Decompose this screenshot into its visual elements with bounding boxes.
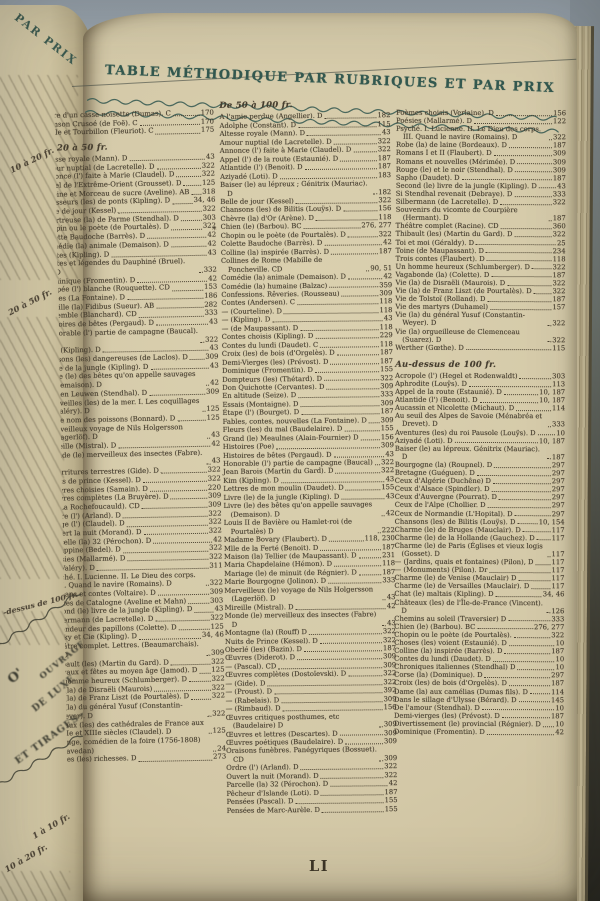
dot-leader (519, 378, 551, 379)
dot-leader (316, 219, 378, 221)
entry-list: Altesse royale (Mann). D 43 Amour nuptia… (55, 152, 227, 764)
dot-leader (208, 716, 212, 717)
dot-leader (161, 472, 207, 474)
catalog-entry: Merveilles (les) de la mer. I. Les coqui… (55, 396, 220, 417)
blurred-text-block (0, 317, 64, 579)
catalog-entry: Merveilleux (le) voyage de Nils Holgerss… (224, 585, 395, 604)
entry-title: Chien (le) (Barbou). BC (394, 623, 475, 631)
entry-page-ref: 311 (209, 561, 222, 570)
dot-leader (496, 596, 542, 597)
catalog-entry: …ville et Tourbillon (Fleuriot). C 175 (55, 126, 214, 138)
entry-page-ref: 42 (213, 535, 222, 544)
dot-leader (500, 204, 552, 205)
entry-page-ref: 333 (382, 576, 395, 585)
entry-page-ref: 42 (210, 379, 219, 388)
entry-page-ref: 333 (553, 190, 566, 198)
entry-page-ref: 187 (378, 162, 391, 171)
entry-page-ref: 155 (381, 424, 394, 433)
entry-page-ref: 42 (207, 239, 216, 248)
page-number: LI (84, 858, 554, 875)
entry-page-ref: 309 (380, 382, 393, 391)
margin-star-mark: * (212, 226, 217, 236)
entry-page-ref: 42 (383, 238, 392, 247)
dot-leader (530, 693, 550, 694)
left-page-section-20-50: 20 à 50 fr. (6, 287, 53, 318)
dot-leader (477, 628, 533, 629)
dot-leader (361, 439, 380, 440)
dot-leader (346, 490, 381, 491)
dot-leader (487, 260, 552, 261)
entry-page-ref: 125 (211, 666, 224, 675)
entry-title: Baiser (le) au lépreux ; Génitrix (Mauri… (220, 179, 371, 197)
dot-leader (206, 585, 209, 586)
dot-leader (304, 228, 361, 230)
catalog-entry: Monde (le) merveilleux des insectes (Fab… (55, 448, 221, 469)
dot-leader (297, 659, 382, 661)
dot-leader (348, 676, 382, 677)
dot-leader (188, 603, 209, 604)
entry-page-ref: 125 (212, 727, 225, 736)
dot-leader (494, 467, 551, 468)
dot-leader (519, 701, 550, 702)
dot-leader (509, 645, 555, 646)
dot-leader (366, 270, 370, 271)
entry-title: Merveilles (les) de la mer. I. Les coqui… (55, 396, 200, 416)
catalog-entry: Monde (le) merveilleux des insectes (Fab… (225, 610, 396, 629)
entry-page-ref: 322 (208, 474, 221, 483)
dot-leader (537, 540, 551, 541)
dot-leader (517, 523, 537, 524)
dot-leader (297, 304, 378, 306)
entry-title: Vie (la) orgueilleuse de Clemenceau (Sua… (395, 327, 545, 344)
entry-page-ref: 322 (212, 709, 225, 718)
entry-page-ref: 113 (552, 380, 565, 388)
entry-page-ref: 332 (204, 265, 217, 274)
entry-page-ref: 322 (207, 466, 220, 475)
entry-page-ref: 10 (556, 429, 565, 437)
entry-title: Grand (le) Meaulnes (Alain-Fournier) D (223, 433, 359, 443)
dot-leader (348, 236, 378, 237)
dot-leader (206, 385, 209, 386)
dot-leader (324, 118, 376, 120)
entry-page-ref: 182 (377, 112, 390, 121)
dot-leader (213, 750, 216, 751)
entry-page-ref: 34, 46 (194, 196, 216, 205)
dot-leader (534, 293, 552, 294)
entry-list: …oire d'un casse-noisette (Dumas). C 170… (55, 109, 214, 138)
entry-page-ref: 322 (552, 287, 565, 295)
dot-leader (300, 405, 379, 407)
entry-title: Livre (le) des bêtes qu'on appelle sauva… (55, 370, 204, 390)
section-heading: De 20 à 50 fr. (55, 141, 215, 153)
dot-leader (369, 422, 380, 423)
dot-leader (493, 483, 551, 484)
dot-leader (462, 179, 552, 180)
entry-title: Charme (le) de Paris (Églises et vieux l… (395, 542, 546, 559)
entry-page-ref: 43 (210, 344, 219, 353)
dot-leader (514, 236, 551, 237)
entry-page-ref: 220 (208, 483, 221, 492)
dot-leader (480, 402, 539, 403)
entry-page-ref: 182 (378, 188, 391, 197)
dot-leader (206, 655, 210, 656)
dot-leader (509, 147, 552, 148)
catalog-entry: Livre (le) des bêtes qu'on appelle sauva… (55, 370, 219, 391)
entry-page-ref: 125 (206, 413, 219, 422)
dot-leader (329, 287, 378, 289)
left-page-section-1-10: 1 à 10 fr. (30, 811, 71, 841)
entry-page-ref: 175 (201, 126, 214, 135)
entry-page-ref: 187 (384, 788, 397, 797)
entry-page-ref: 125 (202, 178, 215, 187)
dot-leader (487, 734, 554, 735)
dot-leader (189, 681, 211, 682)
catalog-entry: Merveilleux voyage de Nils Holgersson (L… (55, 422, 220, 443)
entry-page-ref: 24 (217, 744, 226, 753)
entry-page-ref: 309 (208, 500, 221, 509)
entry-page-ref: 282 (204, 300, 217, 309)
entry-page-ref: 118 (379, 298, 392, 307)
dot-leader (172, 202, 192, 203)
entry-title: Au seuil des Alpes de Savoie (Ménabréa e… (395, 412, 546, 429)
dot-leader (474, 123, 552, 124)
dot-leader (380, 760, 384, 761)
entry-page-ref: 25 (557, 239, 566, 247)
dot-leader (335, 473, 380, 474)
entry-title: Livre (le) des bêtes qu'on appelle sauva… (223, 501, 379, 520)
entry-page-ref: 10 (556, 639, 565, 647)
entry-page-ref: 333 (552, 421, 565, 429)
entry-title: Monde (le) merveilleux des insectes (Fab… (225, 610, 381, 629)
entry-page-ref: 114 (551, 688, 564, 696)
entry-page-ref: 43 (215, 605, 224, 614)
dot-leader (382, 625, 386, 626)
catalog-entry: Charme (le) de Paris (Églises et vieux l… (395, 542, 565, 559)
entry-list: Acropole (l') (Hegel et Rodenwaldt) 303 … (394, 372, 565, 737)
dot-leader (548, 220, 552, 221)
catalog-entry: Vraies (les) richesses. D 273 (55, 753, 227, 765)
entry-title: Louis II de Bavière ou Hamlet-roi (de Po… (224, 518, 376, 536)
left-page-header-fragment: PAR PRIX (12, 11, 80, 68)
entry-page-ref: 322 (553, 231, 566, 239)
entry-page-ref: 322 (378, 137, 391, 146)
dot-leader (207, 463, 211, 464)
dot-leader (207, 437, 210, 438)
entry-page-ref: 322 (209, 544, 222, 553)
entry-page-ref: 10, 154 (539, 518, 565, 526)
dot-leader (488, 507, 551, 508)
catalog-entry: Oraisons funèbres. Panégyriques (Bossuet… (226, 746, 397, 765)
entry-page-ref: 156 (378, 205, 391, 214)
entry-page-ref: 309 (553, 150, 566, 158)
entry-title: …ville et Tourbillon (Fleuriot). C (55, 127, 154, 138)
entry-title: Toi et moi (Géraldy). D (396, 238, 474, 246)
entry-page-ref: 117 (552, 558, 565, 566)
catalog-entry: Vie (la) du général Yusuf (Constantin-We… (395, 311, 565, 328)
dot-leader (340, 735, 383, 736)
dot-leader (331, 253, 378, 254)
entry-page-ref: 43 (386, 492, 395, 501)
entry-page-ref: 297 (552, 485, 565, 493)
entry-page-ref: 322 (212, 683, 225, 692)
dot-leader (337, 354, 379, 355)
dot-leader (490, 309, 551, 310)
dot-leader (298, 126, 376, 128)
dot-leader (515, 515, 551, 516)
dot-leader (307, 135, 381, 137)
dot-leader (531, 588, 550, 589)
dot-leader (315, 371, 379, 373)
dot-leader (177, 420, 205, 422)
dot-leader (209, 733, 212, 734)
entry-page-ref: 309 (211, 648, 224, 657)
entry-page-ref: 276, 277 (361, 221, 391, 230)
dot-leader (548, 426, 551, 427)
price-column-left: …oire d'un casse-noisette (Dumas). C 170… (55, 109, 228, 864)
catalog-entry: Volange, comédien de la foire (1756-1808… (55, 735, 226, 756)
entry-title: Trois contes (Flaubert). D (396, 254, 485, 262)
entry-page-ref: 309 (553, 166, 566, 174)
entry-title: Théâtre complet. Lettres. (Beaumarchais)… (55, 640, 205, 660)
entry-page-ref: 187 (380, 357, 393, 366)
entry-page-ref: 183 (378, 171, 391, 180)
dot-leader (375, 464, 380, 465)
dot-leader (171, 498, 207, 500)
entry-page-ref: 309 (210, 587, 223, 596)
entry-page-ref: 303 (552, 372, 565, 380)
dot-leader (334, 566, 381, 567)
entry-title: Merveilleux (le) voyage de Nils Holgerss… (224, 585, 380, 604)
dot-leader (342, 295, 379, 296)
dot-leader (199, 272, 203, 273)
dot-leader (499, 499, 551, 500)
catalog-entry: Pensées de Marc-Aurèle. D 155 (227, 805, 398, 815)
dot-leader (345, 743, 383, 744)
dot-leader (539, 188, 556, 189)
catalog-entry: Théâtre complet. Lettres. (Beaumarchais)… (55, 640, 225, 661)
price-column-middle: De 50 à 100 fr. A l'amie perdue (Angelli… (219, 99, 397, 815)
dot-leader (491, 277, 551, 278)
dot-leader (532, 269, 552, 270)
dot-leader (383, 599, 386, 600)
entry-page-ref: 222 (382, 526, 395, 535)
entry-page-ref: 43 (382, 128, 391, 137)
dot-leader (321, 794, 384, 796)
dot-leader (320, 549, 381, 551)
book-photo: PAR PRIX 10 à 20 fr. 20 à 50 fr. -dessus… (0, 0, 600, 901)
dot-leader (330, 363, 379, 365)
entry-page-ref: 187 (381, 407, 394, 416)
dot-leader (309, 633, 382, 635)
dot-leader (515, 171, 552, 172)
entry-page-ref: 10, 187 (539, 437, 565, 445)
entry-page-ref: 117 (552, 550, 565, 558)
entry-title: Ceux de l'Alpe (Chollier. D (395, 501, 486, 509)
dot-leader (301, 414, 379, 416)
entry-page-ref: 157 (552, 304, 565, 312)
dot-leader (548, 341, 552, 342)
catalog-entry: Baiser (le) au lépreux. Génitrix (Mauria… (395, 444, 565, 461)
entry-page-ref: 42 (383, 272, 392, 281)
entry-page-ref: 145 (551, 696, 564, 704)
dot-leader (321, 777, 384, 779)
entry-page-ref: 322 (553, 263, 566, 271)
entry-list: A l'amie perdue (Angellier). D 182 Adolp… (219, 112, 397, 815)
entry-page-ref: 125 (206, 405, 219, 414)
entry-page-ref: 322 (381, 458, 394, 467)
entry-page-ref: 43 (385, 450, 394, 459)
dot-leader (328, 583, 381, 585)
entry-page-ref: 126 (551, 607, 564, 615)
dot-leader (547, 612, 551, 613)
entry-page-ref: 187 (553, 214, 566, 222)
entry-title: Châteaux (les) de l'Île-de-France (Vince… (394, 598, 544, 615)
dot-leader (373, 194, 377, 195)
entry-page-ref: 187 (553, 142, 566, 150)
entry-page-ref: 276, 277 (534, 623, 564, 631)
entry-title: Œuvres (Diderot). D (225, 654, 295, 663)
entry-page-ref: 359 (379, 281, 392, 290)
dot-leader (476, 244, 556, 245)
dot-leader (508, 620, 550, 621)
dot-leader (322, 811, 384, 813)
entry-page-ref: 322 (212, 692, 225, 701)
dot-leader (538, 434, 556, 435)
entry-page-ref: 43 (209, 318, 218, 327)
entry-page-ref: 10 (555, 720, 564, 728)
entry-page-ref: 273 (213, 753, 226, 762)
dot-leader (176, 176, 200, 177)
dot-leader (485, 677, 551, 678)
dot-leader (359, 557, 382, 558)
dot-leader (507, 285, 551, 286)
entry-page-ref: 322 (210, 614, 223, 623)
dot-leader (489, 572, 550, 573)
entry-page-ref: 187 (553, 271, 566, 279)
entry-page-ref: 155 (381, 483, 394, 492)
dot-leader (202, 411, 205, 412)
entry-title: Volange, comédien de la foire (1756-1808… (55, 736, 211, 756)
entry-title: Psyché. I. Lucienne. II. Le Dieu des cor… (55, 570, 204, 590)
entry-page-ref: 156 (553, 109, 566, 117)
dot-leader (183, 185, 201, 186)
entry-page-ref: 90, 51 (370, 264, 392, 273)
catalog-entry: Souvenirs du vicomte de Courpière (Herma… (396, 206, 566, 223)
dot-leader (502, 718, 550, 719)
dot-leader (156, 168, 200, 170)
catalog-entry: Psyché. I. Lucienne. II. Le Dieu des cor… (55, 570, 223, 591)
dot-leader (298, 397, 379, 399)
entry-page-ref: 309 (205, 352, 218, 361)
dot-leader (543, 726, 554, 727)
dot-leader (547, 459, 551, 460)
entry-title: Dominique (Fromentin). D (394, 728, 485, 736)
dot-leader (340, 160, 377, 161)
catalog-entry: Werther (Gœthe). D 115 (395, 343, 565, 352)
catalog-entry: Au seuil des Alpes de Savoie (Ménabréa e… (395, 412, 565, 429)
entry-title: Baiser (le) au lépreux. Génitrix (Mauria… (395, 444, 545, 461)
dot-leader (173, 115, 200, 117)
entry-page-ref: 42 (389, 779, 398, 788)
dot-leader (315, 337, 378, 339)
entry-page-ref: 187 (380, 348, 393, 357)
entry-page-ref: 322 (381, 467, 394, 476)
entry-page-ref: 309 (381, 441, 394, 450)
left-page-section-10-20b: 10 à 20 fr. (3, 842, 49, 874)
entry-page-ref: 322 (378, 145, 391, 154)
entry-page-ref: 122 (553, 117, 566, 125)
entry-page-ref: 187 (551, 680, 564, 688)
entry-page-ref: 114 (552, 405, 565, 413)
dot-leader (496, 115, 552, 116)
entry-page-ref: 117 (552, 526, 565, 534)
catalog-entry: Collines de Rome (Mabille de Poncheville… (221, 255, 392, 274)
entry-title: Pensées de Marc-Aurèle. D (227, 806, 320, 815)
dot-leader (504, 394, 538, 395)
entry-title: Contes et légendes du Dauphiné (Bruel). … (55, 257, 197, 277)
entry-page-ref: 322 (551, 631, 564, 639)
dot-leader (344, 430, 379, 431)
section-heading: De 50 à 100 fr. (219, 99, 390, 109)
entry-page-ref: 187 (382, 543, 395, 552)
catalog-entry: Contes et légendes du Dauphiné (Bruel). … (55, 257, 217, 278)
entry-page-ref: 297 (552, 461, 565, 469)
entry-page-ref: 309 (384, 737, 397, 746)
entry-page-ref: 297 (552, 494, 565, 502)
entry-title: Monde (le) merveilleux des insectes (Fab… (55, 448, 205, 468)
entry-title: Honorable (l') partie de campagne (Bauca… (55, 327, 199, 347)
dot-leader (300, 329, 379, 331)
entry-page-ref: 297 (552, 477, 565, 485)
dot-leader (359, 574, 381, 575)
dot-leader (190, 359, 205, 360)
entry-page-ref: 10 (555, 664, 564, 672)
dot-leader (517, 669, 554, 670)
dot-leader (492, 491, 551, 492)
entry-page-ref: 322 (202, 170, 215, 179)
entry-page-ref: 34, 46 (202, 631, 224, 640)
entry-page-ref: 43 (384, 314, 393, 323)
dot-leader (191, 194, 201, 195)
dot-leader (326, 388, 379, 390)
entry-title: Œuvres complètes (Dostoïevski). D (225, 670, 346, 680)
entry-page-ref: 187 (553, 174, 566, 182)
left-page-banner-ornament: O' (5, 666, 26, 687)
dot-leader (382, 515, 385, 516)
dot-leader (191, 698, 211, 699)
entry-page-ref: 156 (381, 433, 394, 442)
entry-page-ref: 322 (552, 320, 565, 328)
dot-leader (486, 252, 552, 253)
dot-leader (501, 228, 552, 229)
entry-page-ref: 153 (204, 283, 217, 292)
dot-leader (194, 611, 213, 612)
dot-leader (514, 637, 550, 638)
dot-leader (334, 456, 385, 458)
entry-title: Vie (la) du général Yusuf (Constantin-We… (395, 311, 545, 328)
entry-page-ref: 42 (555, 728, 564, 736)
dot-leader (509, 685, 550, 686)
dot-leader (353, 151, 376, 152)
entry-page-ref: 118 (553, 255, 566, 263)
dot-leader (518, 580, 550, 581)
dot-leader (171, 228, 202, 230)
dot-leader (334, 143, 377, 144)
entry-title: Toine (de Maupassant). D (396, 246, 484, 254)
dot-leader (172, 289, 203, 291)
entry-title: Souvenirs du vicomte de Courpière (Herma… (396, 206, 547, 223)
entry-page-ref: 297 (552, 469, 565, 477)
